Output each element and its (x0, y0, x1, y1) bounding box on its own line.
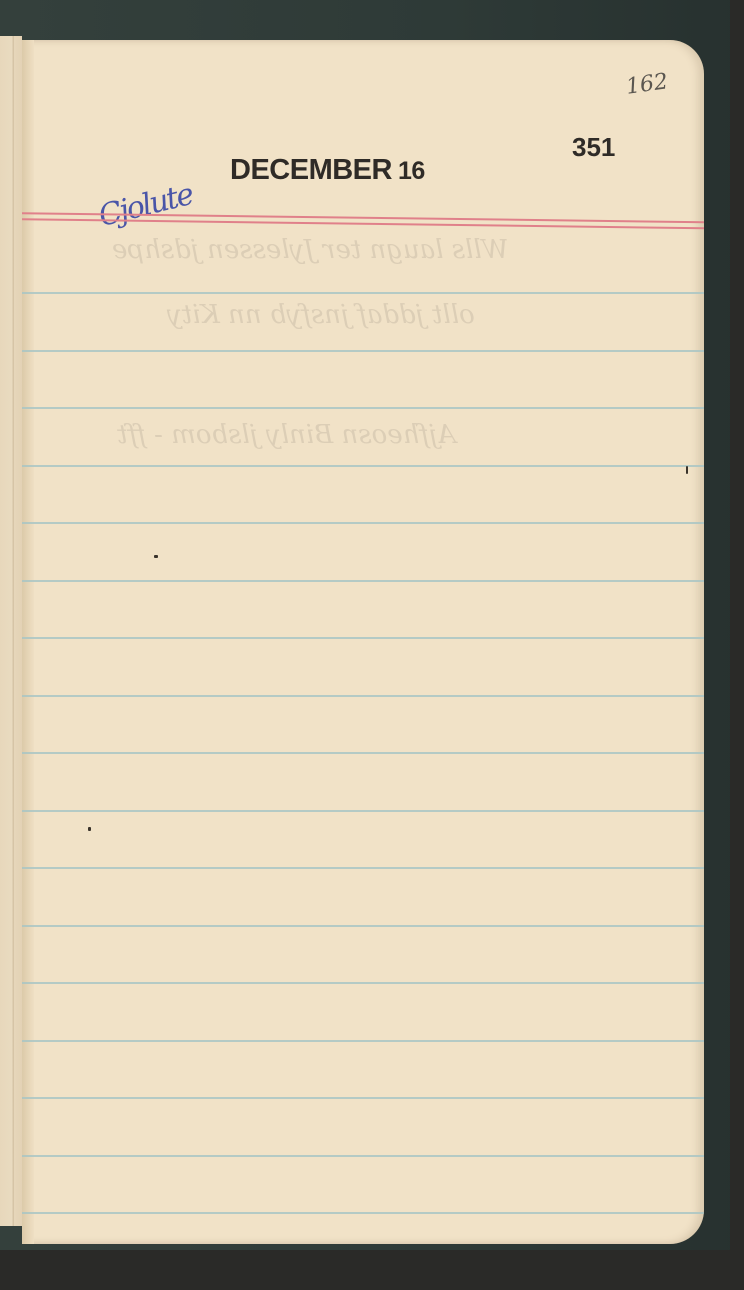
ink-speck (686, 466, 688, 474)
ruled-line (22, 810, 704, 812)
page-stack-left (0, 36, 22, 1226)
cover-edge-bottom (0, 1250, 744, 1290)
handwritten-note: Cjolute (95, 177, 196, 234)
date-heading: DECEMBER16 (230, 154, 425, 187)
bleed-through-line-1: Wlls laugn ter Jylessen jdshpe (112, 235, 508, 265)
ruled-line (22, 580, 704, 582)
ruled-line (22, 1155, 704, 1157)
day-of-year: 351 (572, 132, 615, 163)
cover-edge-right (730, 0, 744, 1290)
ink-speck (88, 827, 91, 831)
bleed-through-line-3: Ajfheosn Binly jlsbom - fft (117, 420, 456, 450)
month-label: DECEMBER (230, 154, 392, 186)
day-label: 16 (398, 157, 425, 185)
ruled-line (22, 695, 704, 697)
ruled-line (22, 522, 704, 524)
ruled-line (22, 982, 704, 984)
ruled-line (22, 1212, 704, 1214)
ink-speck (154, 555, 158, 558)
ruled-line (22, 925, 704, 927)
diary-page: 162 351 DECEMBER16 Cjolute Wlls laugn te… (22, 40, 704, 1244)
ruled-line (22, 465, 704, 467)
ruled-line (22, 637, 704, 639)
ruled-line (22, 752, 704, 754)
ruled-line (22, 407, 704, 409)
bleed-through-line-2: ollt jddaf jnsfyb nn Kity (167, 300, 475, 330)
archive-page-number: 162 (624, 69, 669, 100)
ruled-line (22, 350, 704, 352)
page-gutter (22, 40, 34, 1244)
ruled-line (22, 867, 704, 869)
ruled-line (22, 1097, 704, 1099)
ruled-line (22, 1040, 704, 1042)
ruled-line (22, 292, 704, 294)
